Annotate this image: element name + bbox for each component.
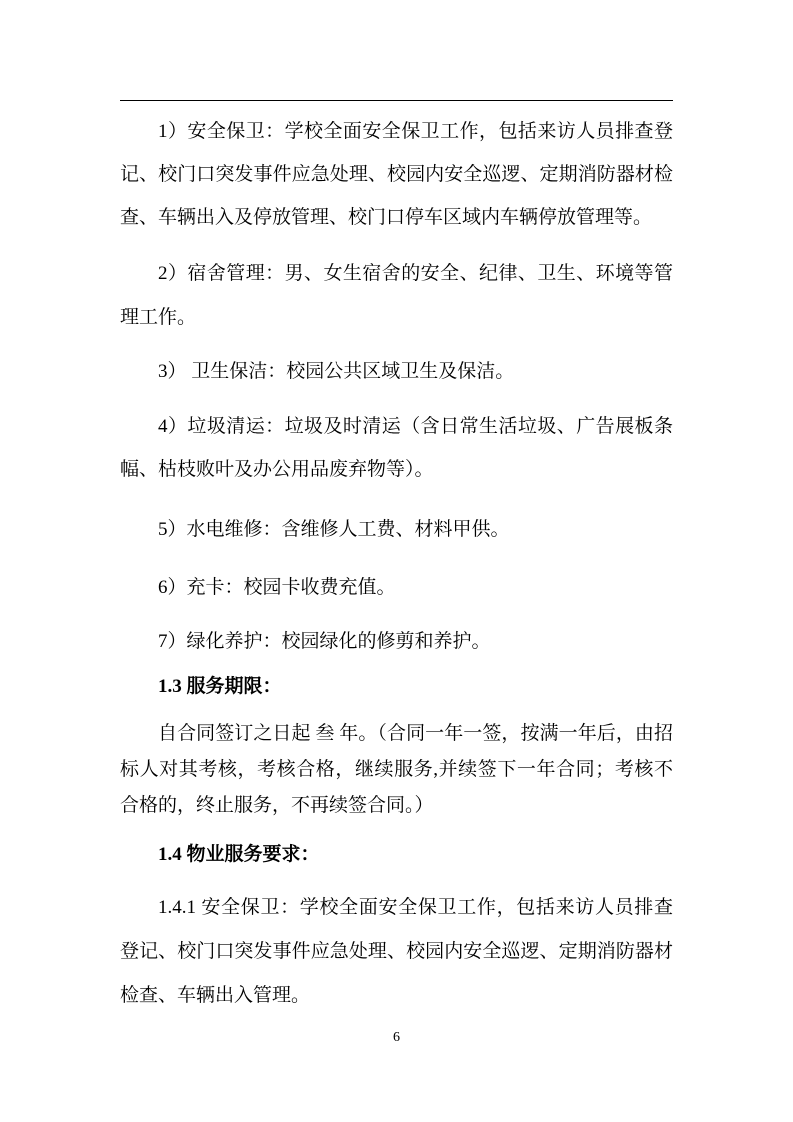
para-service-term-detail: 自合同签订之日起 叁 年。（合同一年一签，按满一年后，由招标人对其考核，考核合格… (120, 716, 673, 824)
heading-property-service-requirements: 1.4 物业服务要求： (120, 833, 673, 877)
list-item-utility-repair: 5）水电维修：含维修人工费、材料甲供。 (120, 508, 673, 552)
list-item-card-recharge: 6）充卡：校园卡收费充值。 (120, 566, 673, 610)
para-security-requirement: 1.4.1 安全保卫：学校全面安全保卫工作，包括来访人员排查登记、校门口突发事件… (120, 886, 673, 1018)
list-item-dormitory: 2）宿舍管理：男、女生宿舍的安全、纪律、卫生、环境等管理工作。 (120, 252, 673, 340)
document-page: 1）安全保卫：学校全面安全保卫工作，包括来访人员排查登记、校门口突发事件应急处理… (0, 0, 793, 1122)
list-item-cleaning: 3） 卫生保洁：校园公共区域卫生及保洁。 (120, 350, 673, 394)
page-number: 6 (0, 1028, 793, 1048)
list-item-garbage-removal: 4）垃圾清运：垃圾及时清运（含日常生活垃圾、广告展板条幅、枯枝败叶及办公用品废弃… (120, 405, 673, 491)
list-item-security: 1）安全保卫：学校全面安全保卫工作，包括来访人员排查登记、校门口突发事件应急处理… (120, 110, 673, 239)
list-item-greening: 7）绿化养护：校园绿化的修剪和养护。 (120, 620, 673, 664)
document-content: 1）安全保卫：学校全面安全保卫工作，包括来访人员排查登记、校门口突发事件应急处理… (120, 0, 673, 1122)
heading-service-term: 1.3 服务期限： (120, 665, 673, 709)
